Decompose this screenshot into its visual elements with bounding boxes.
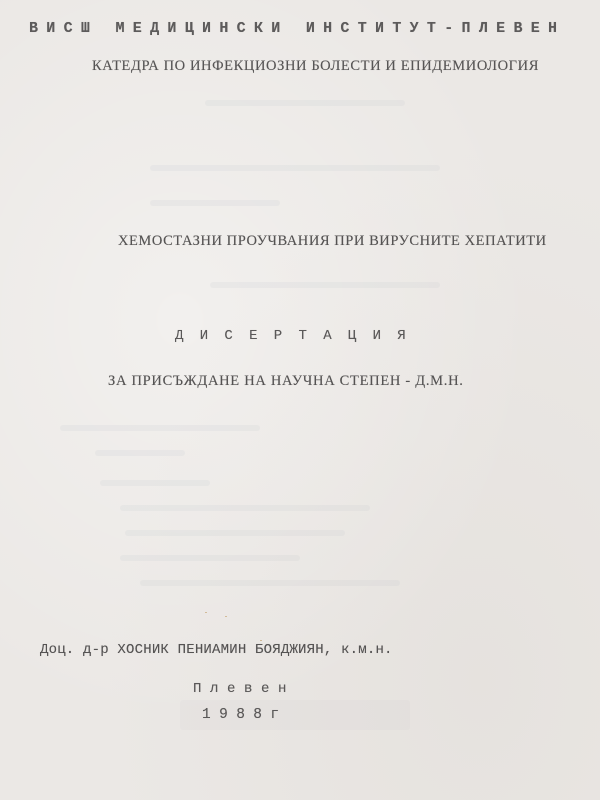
institute-name: ВИСШ МЕДИЦИНСКИ ИНСТИТУТ-ПЛЕВЕН <box>29 21 565 36</box>
show-through-mark <box>150 200 280 206</box>
show-through-mark <box>125 530 345 536</box>
show-through-mark <box>120 505 370 511</box>
department-name: КАТЕДРА ПО ИНФЕКЦИОЗНИ БОЛЕСТИ И ЕПИДЕМИ… <box>92 59 539 74</box>
show-through-mark <box>150 165 440 171</box>
author-line: Доц. д-р ХОСНИК ПЕНИАМИН БОЯДЖИЯН, к.м.н… <box>40 643 393 657</box>
show-through-mark <box>100 480 210 486</box>
document-page: ВИСШ МЕДИЦИНСКИ ИНСТИТУТ-ПЛЕВЕН КАТЕДРА … <box>0 0 600 800</box>
paper-speck <box>260 640 262 641</box>
show-through-mark <box>205 100 405 106</box>
city: Плевен <box>193 682 295 696</box>
show-through-mark <box>210 282 440 288</box>
show-through-mark <box>140 580 400 586</box>
show-through-mark <box>60 425 260 431</box>
document-type: ДИСЕРТАЦИЯ <box>175 329 422 343</box>
show-through-mark <box>120 555 300 561</box>
year: 1988г <box>202 708 288 723</box>
paper-speck <box>205 612 207 613</box>
show-through-mark <box>95 450 185 456</box>
degree-line: ЗА ПРИСЪЖДАНЕ НА НАУЧНА СТЕПЕН - Д.М.Н. <box>108 374 464 389</box>
paper-speck <box>225 616 227 617</box>
dissertation-title: ХЕМОСТАЗНИ ПРОУЧВАНИЯ ПРИ ВИРУСНИТЕ ХЕПА… <box>118 234 547 249</box>
